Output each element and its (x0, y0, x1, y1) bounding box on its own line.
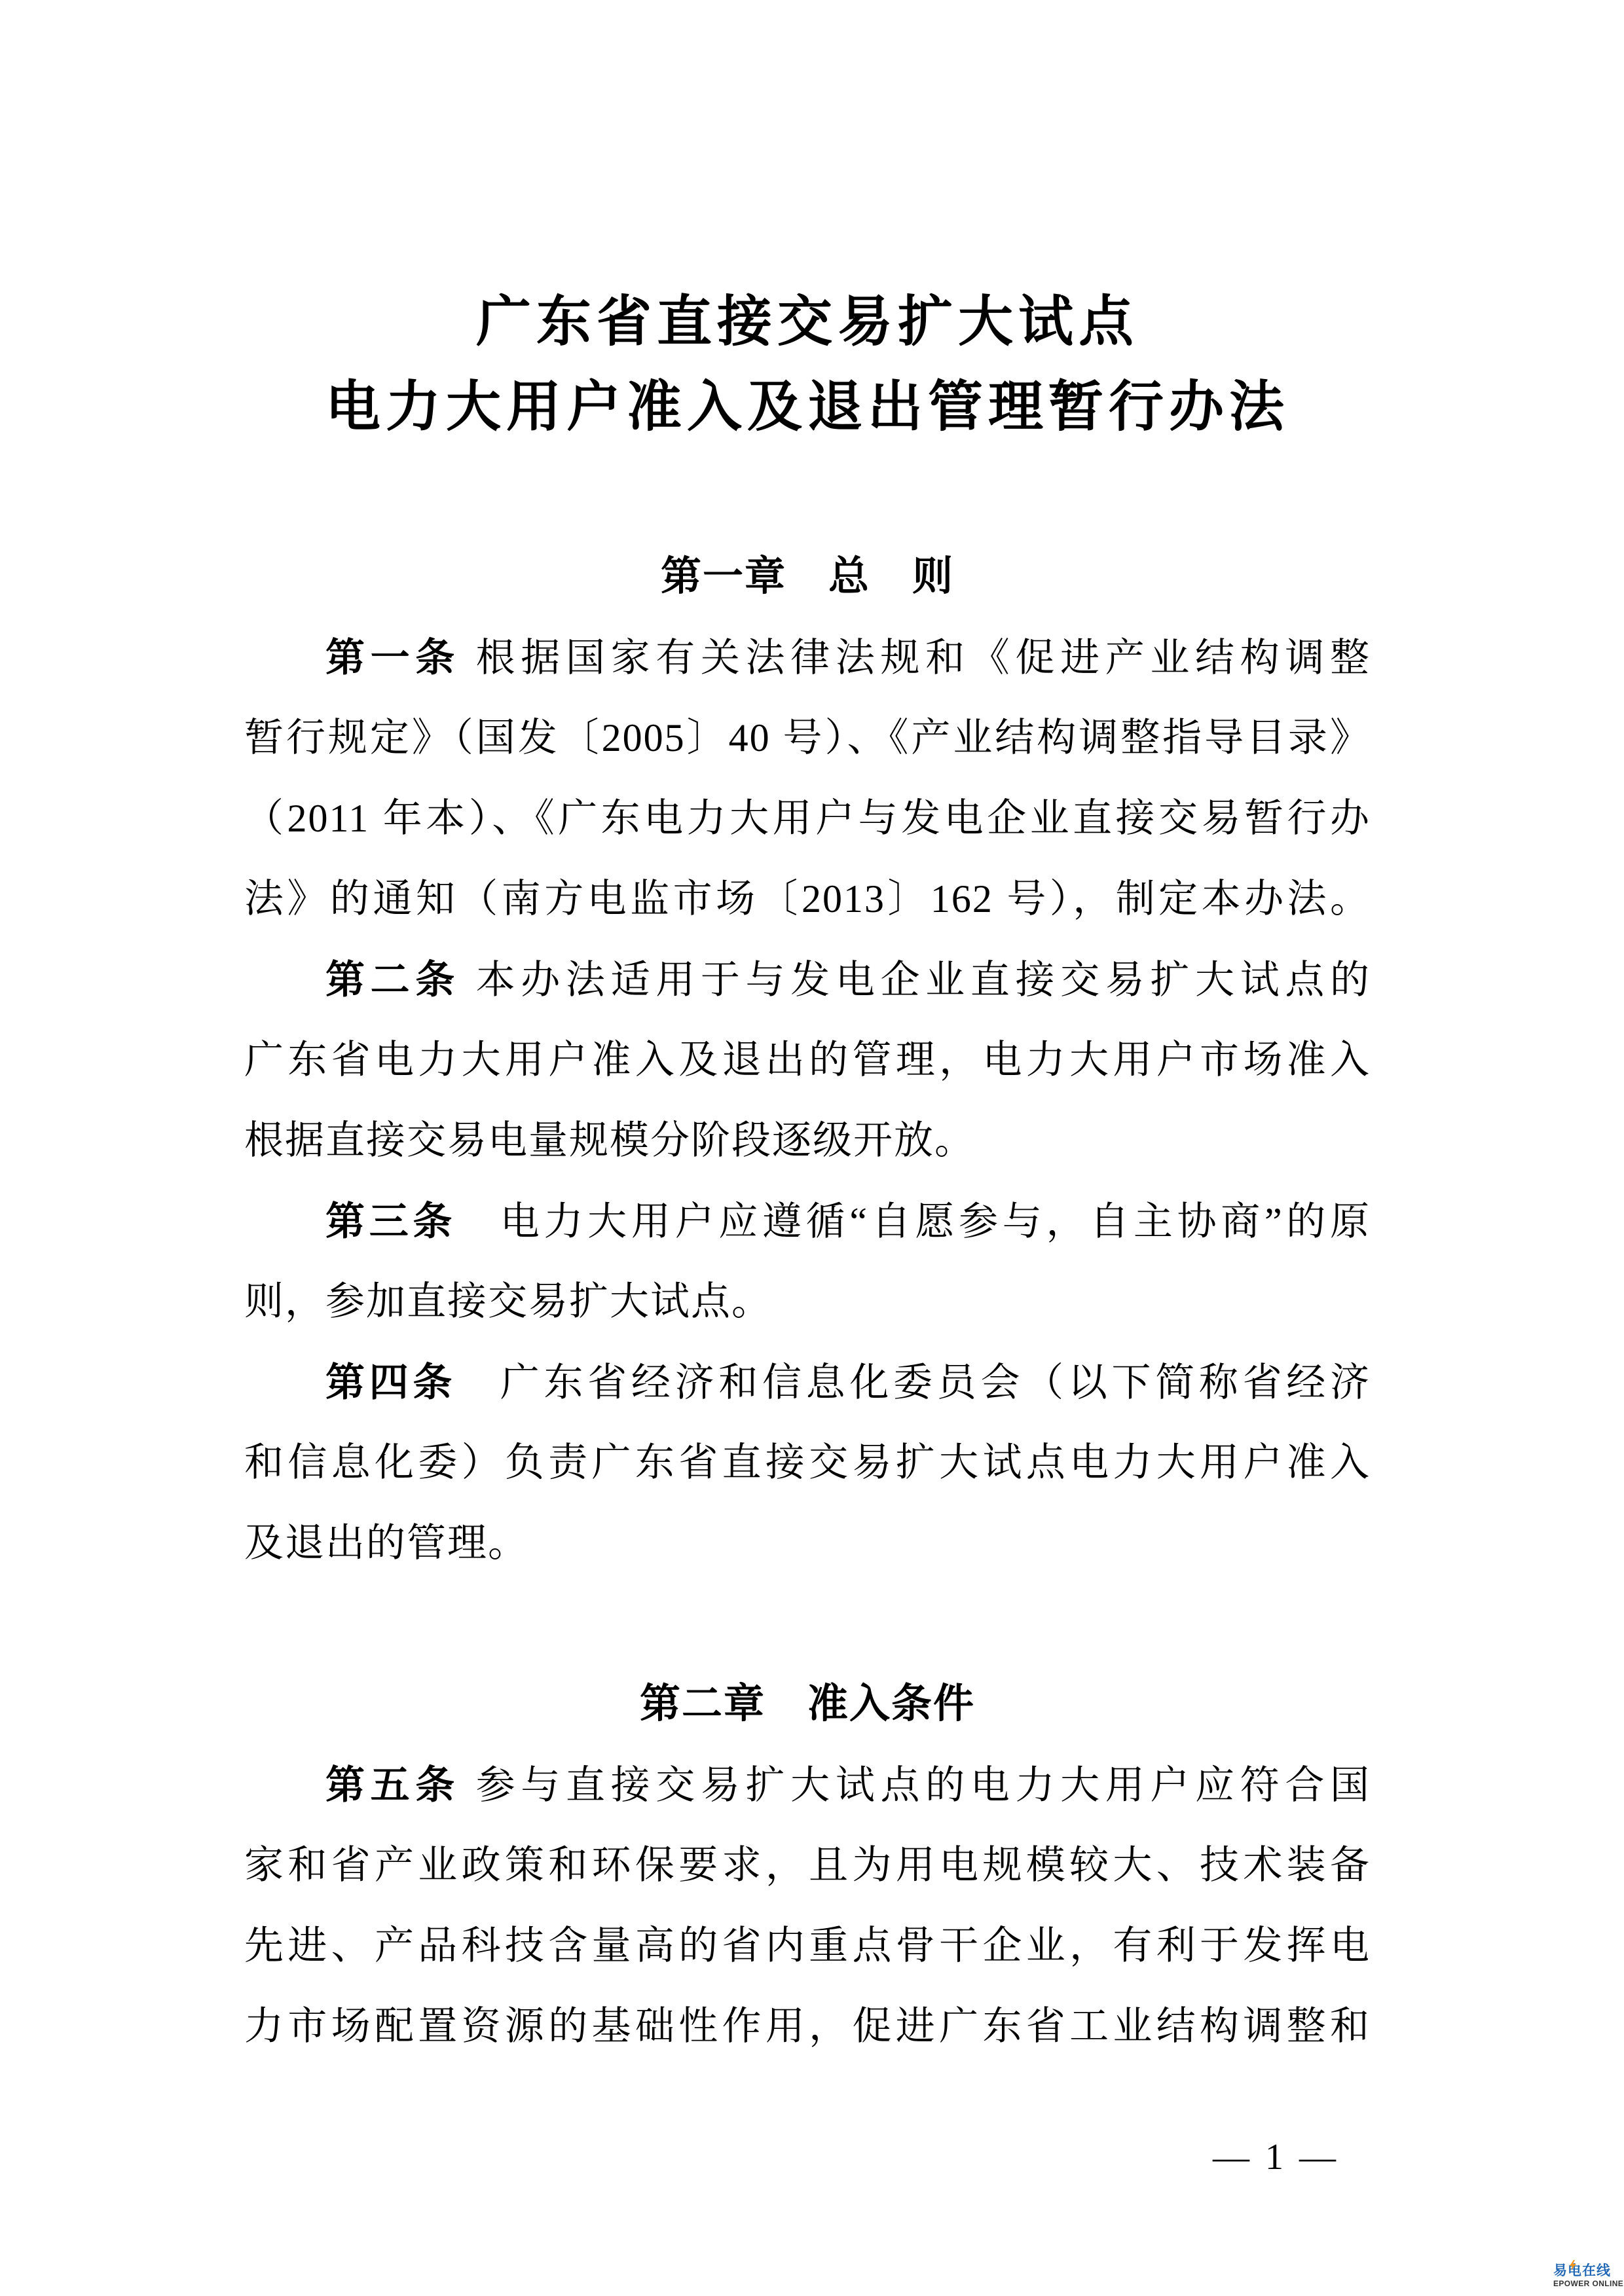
logo-english-text: EPOWER ONLINE (1553, 2280, 1619, 2287)
logo-chinese-text: 易电在线 (1553, 2264, 1619, 2278)
article-number: 第一条 (325, 636, 460, 680)
line-text: 先进、产品科技含量高的省内重点骨干企业，有利于发挥电 (244, 1924, 1371, 1967)
chapter-heading-2: 第二章 准入条件 (244, 1664, 1371, 1745)
body-line: 第三条 电力大用户应遵循“自愿参与，自主协商”的原 (244, 1181, 1371, 1262)
body-line: 第二条 本办法适用于与发电企业直接交易扩大试点的 (244, 939, 1371, 1020)
body-line: 广东省电力大用户准入及退出的管理，电力大用户市场准入 (244, 1020, 1371, 1101)
document-content: 广东省直接交易扩大试点 电力大用户准入及退出管理暂行办法 第一章 总 则 第一条… (244, 0, 1371, 2067)
line-text: 根据国家有关法律法规和《促进产业结构调整 (460, 636, 1371, 680)
line-text: 力市场配置资源的基础性作用，促进广东省工业结构调整和 (244, 2005, 1371, 2048)
line-text: 家和省产业政策和环保要求，且为用电规模较大、技术装备 (244, 1844, 1371, 1887)
body-line: 根据直接交易电量规模分阶段逐级开放。 (244, 1101, 1371, 1181)
body-line: 则，参加直接交易扩大试点。 (244, 1262, 1371, 1342)
line-text: 暂行规定》（国发〔2005〕40 号）、《产业结构调整指导目录》 (244, 716, 1371, 759)
body-line: 第四条 广东省经济和信息化委员会（以下简称省经济 (244, 1342, 1371, 1423)
body-line: 暂行规定》（国发〔2005〕40 号）、《产业结构调整指导目录》 (244, 698, 1371, 778)
line-text: 电力大用户应遵循“自愿参与，自主协商”的原 (456, 1200, 1371, 1243)
body-line: 力市场配置资源的基础性作用，促进广东省工业结构调整和 (244, 1986, 1371, 2067)
line-text: 根据直接交易电量规模分阶段逐级开放。 (244, 1119, 975, 1162)
chapter-heading-1: 第一章 总 则 (244, 537, 1371, 617)
line-text: 广东省经济和信息化委员会（以下简称省经济 (456, 1361, 1371, 1404)
lightning-bolt-icon (1569, 2260, 1577, 2270)
line-text: 和信息化委）负责广东省直接交易扩大试点电力大用户准入 (244, 1441, 1371, 1484)
body-line: 及退出的管理。 (244, 1503, 1371, 1584)
body-line: （2011 年本）、《广东电力大用户与发电企业直接交易暂行办 (244, 778, 1371, 859)
line-text: 参与直接交易扩大试点的电力大用户应符合国 (460, 1764, 1371, 1807)
article-number: 第四条 (325, 1360, 456, 1404)
line-text: 法》的通知（南方电监市场〔2013〕162 号），制定本办法。 (244, 877, 1371, 920)
article-number: 第二条 (325, 958, 460, 1002)
body-line: 第一条 根据国家有关法律法规和《促进产业结构调整 (244, 617, 1371, 698)
body-line: 和信息化委）负责广东省直接交易扩大试点电力大用户准入 (244, 1423, 1371, 1503)
blank-line (244, 1584, 1371, 1664)
body-line: 第五条 参与直接交易扩大试点的电力大用户应符合国 (244, 1745, 1371, 1825)
line-text: （2011 年本）、《广东电力大用户与发电企业直接交易暂行办 (244, 797, 1371, 840)
line-text: 广东省电力大用户准入及退出的管理，电力大用户市场准入 (244, 1038, 1371, 1082)
line-text: 则，参加直接交易扩大试点。 (244, 1280, 772, 1323)
document-title-line-2: 电力大用户准入及退出管理暂行办法 (244, 365, 1371, 450)
document-page: 广东省直接交易扩大试点 电力大用户准入及退出管理暂行办法 第一章 总 则 第一条… (0, 0, 1624, 2296)
body-line: 家和省产业政策和环保要求，且为用电规模较大、技术装备 (244, 1825, 1371, 1906)
line-text: 及退出的管理。 (244, 1522, 528, 1565)
article-number: 第三条 (325, 1199, 456, 1243)
body-line: 先进、产品科技含量高的省内重点骨干企业，有利于发挥电 (244, 1906, 1371, 1986)
line-text: 本办法适用于与发电企业直接交易扩大试点的 (460, 958, 1371, 1002)
article-number: 第五条 (325, 1763, 460, 1807)
logo-cn-label: 易电在线 (1553, 2263, 1611, 2278)
page-number: — 1 — (1213, 2136, 1336, 2179)
body-line: 法》的通知（南方电监市场〔2013〕162 号），制定本办法。 (244, 859, 1371, 939)
epower-online-logo: 易电在线 EPOWER ONLINE (1553, 2264, 1619, 2287)
document-title-line-1: 广东省直接交易扩大试点 (244, 280, 1371, 365)
